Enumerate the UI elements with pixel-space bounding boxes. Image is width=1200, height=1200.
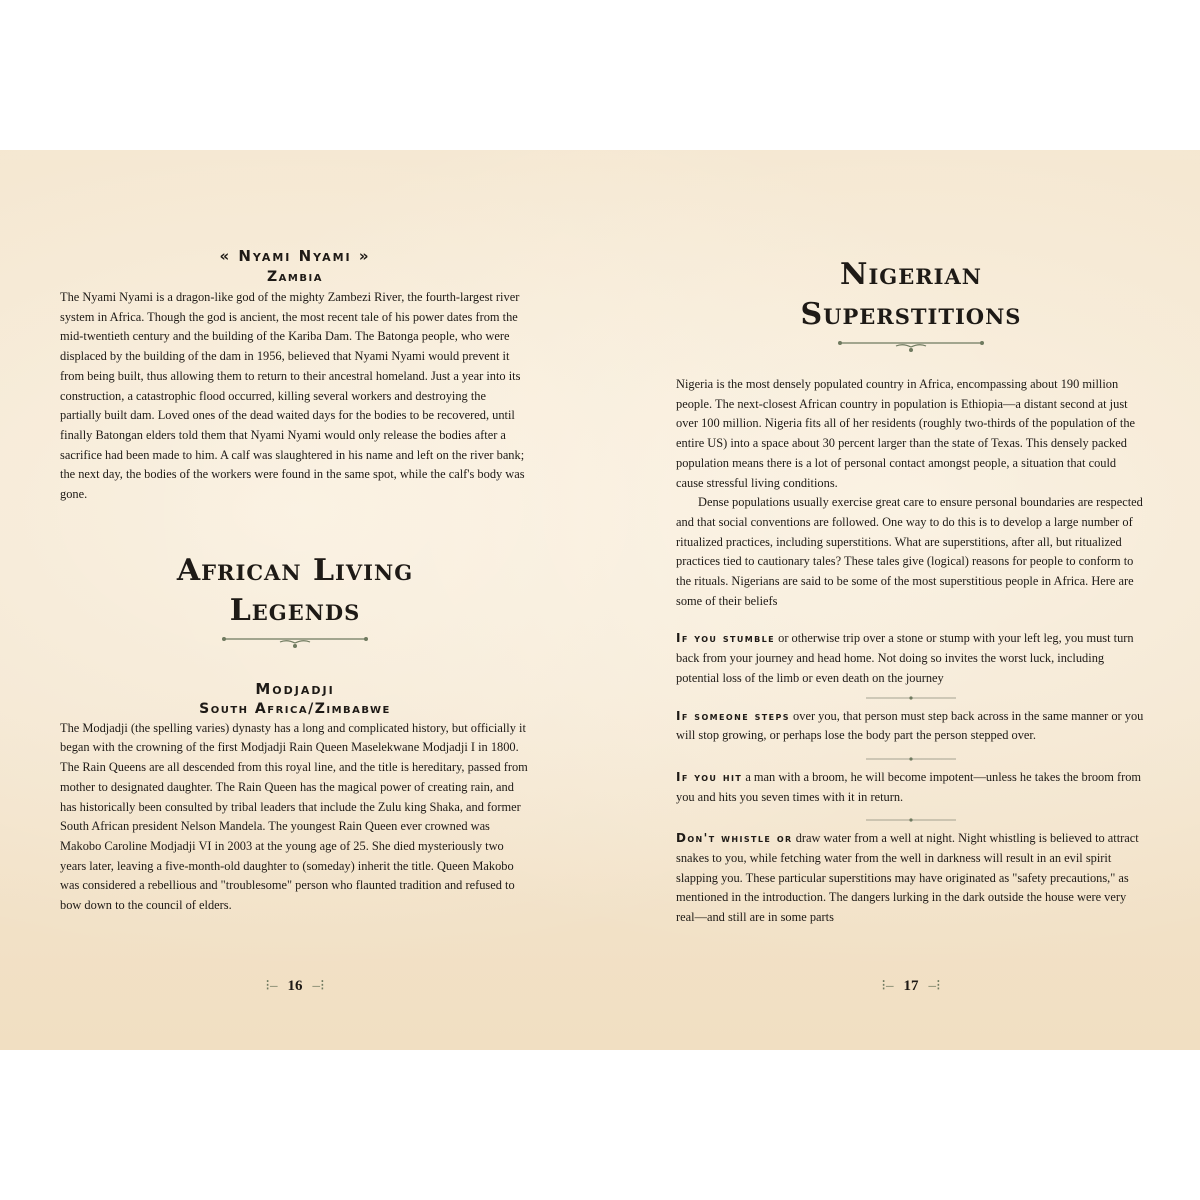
book-spread: « Nyami Nyami » Zambia The Nyami Nyami i…: [0, 150, 1200, 1050]
entry-title-modjadji: Modjadji: [60, 681, 530, 698]
entry-region-zambia: Zambia: [60, 269, 530, 285]
left-page: « Nyami Nyami » Zambia The Nyami Nyami i…: [60, 150, 530, 1050]
right-page: Nigerian Superstitions Nigeria is the mo…: [676, 150, 1146, 1050]
chapter-title-line-2: Legends: [60, 591, 530, 631]
intro-paragraph-1: Nigeria is the most densely populated co…: [676, 375, 1146, 493]
page-number-right: ⁝–17–⁝: [676, 976, 1146, 995]
folio-ornament-icon: ⁝–: [265, 978, 277, 994]
superstition-item: If you hit a man with a broom, he will b…: [676, 768, 1146, 807]
chapter-title-line-1: African Living: [60, 551, 530, 591]
superstition-lead: If someone steps: [676, 709, 790, 723]
folio-ornament-icon: –⁝: [929, 978, 941, 994]
superstition-item: If someone steps over you, that person m…: [676, 707, 1146, 746]
superstition-item: Don't whistle or draw water from a well …: [676, 829, 1146, 928]
superstition-lead: If you hit: [676, 770, 742, 784]
entry-region-south-africa-zimbabwe: South Africa/Zimbabwe: [60, 701, 530, 717]
flourish-divider-icon: [836, 337, 986, 357]
chapter-title-line-2: Superstitions: [676, 295, 1146, 335]
folio-ornament-icon: ⁝–: [881, 978, 893, 994]
superstition-text: a man with a broom, he will become impot…: [676, 770, 1141, 804]
chapter-title-line-1: Nigerian: [676, 255, 1146, 295]
chapter-title-nigerian-superstitions: Nigerian Superstitions: [676, 255, 1146, 335]
chapter-title-african-living-legends: African Living Legends: [60, 551, 530, 631]
folio-ornament-icon: –⁝: [313, 978, 325, 994]
entry-body-modjadji: The Modjadji (the spelling varies) dynas…: [60, 719, 530, 916]
flourish-divider-icon: [220, 633, 370, 653]
superstition-lead: If you stumble: [676, 631, 775, 645]
small-divider-icon: [866, 750, 956, 768]
small-divider-icon: [866, 811, 956, 829]
superstition-lead: Don't whistle or: [676, 831, 793, 845]
page-number-left: ⁝–16–⁝: [60, 976, 530, 995]
intro-paragraph-2: Dense populations usually exercise great…: [676, 493, 1146, 611]
superstition-item: If you stumble or otherwise trip over a …: [676, 629, 1146, 688]
entry-title-nyami-nyami: « Nyami Nyami »: [60, 248, 530, 265]
small-divider-icon: [866, 689, 956, 707]
entry-body-nyami-nyami: The Nyami Nyami is a dragon-like god of …: [60, 288, 530, 505]
page-number-value: 16: [288, 978, 303, 994]
page-number-value: 17: [904, 978, 919, 994]
